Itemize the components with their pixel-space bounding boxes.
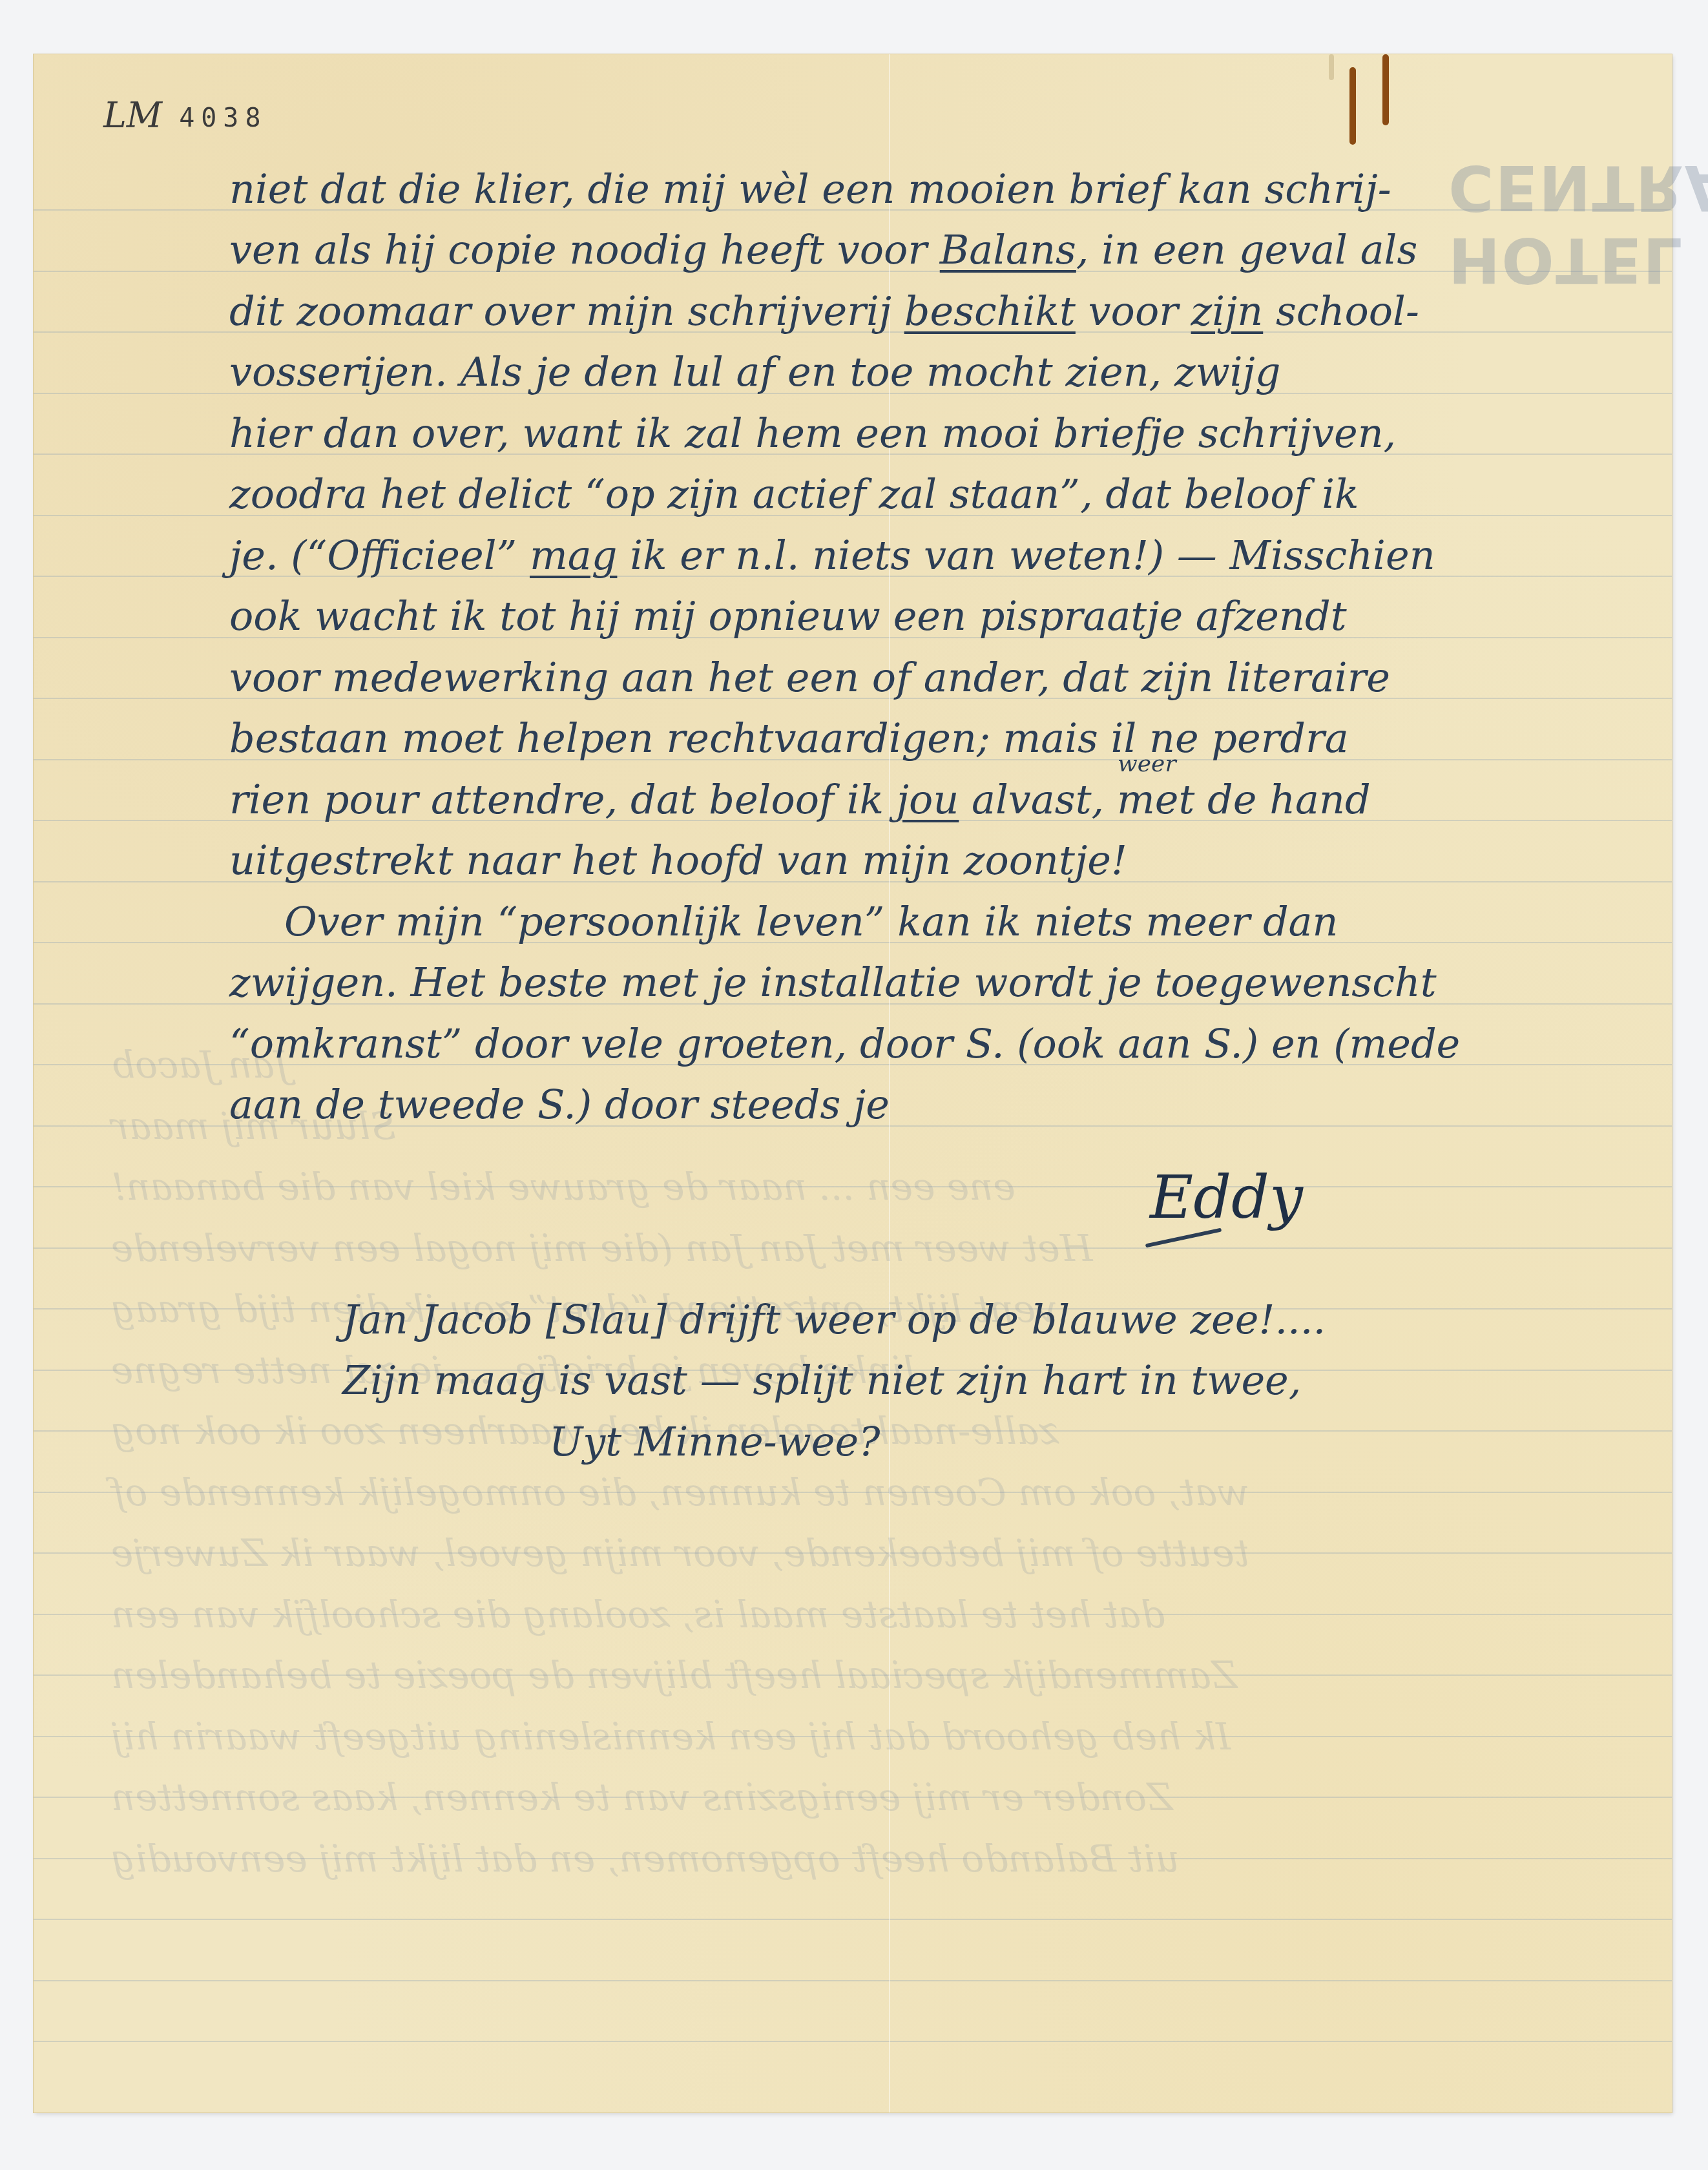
bleed-through-line: Het weer met Jan Jan (die mij nogal een … bbox=[111, 1226, 1092, 1270]
line-text: aan de tweede S.) door steeds je bbox=[229, 1081, 890, 1128]
line-text: ik er n.l. niets van weten!) — Misschien bbox=[617, 532, 1435, 579]
underlined-word: jou bbox=[897, 776, 959, 823]
ink-stain bbox=[1349, 67, 1356, 145]
line-text: “omkranst” door vele groeten, door S. (o… bbox=[229, 1020, 1460, 1067]
archive-number: 4038 bbox=[179, 103, 267, 133]
body-line-6: zoodra het delict “op zijn actief zal st… bbox=[229, 474, 1359, 514]
body-line-11: rien pour attendre, dat beloof ik jou al… bbox=[229, 780, 1371, 820]
body-line-7: je. (“Officieel” mag ik er n.l. niets va… bbox=[229, 536, 1435, 576]
body-line-5: hier dan over, want ik zal hem een mooi … bbox=[229, 413, 1396, 454]
underlined-word: mag bbox=[530, 532, 617, 579]
ruled-line bbox=[34, 2041, 1672, 2042]
archive-stamp: LM 4038 bbox=[103, 98, 267, 133]
line-text: rien pour attendre, dat beloof ik bbox=[229, 776, 897, 823]
line-text: zwijgen. Het beste met je installatie wo… bbox=[229, 959, 1437, 1006]
poem-line-1: Jan Jacob [Slau] drijft weer op de blauw… bbox=[342, 1300, 1326, 1340]
line-text: uitgestrekt naar het hoofd van mijn zoon… bbox=[229, 837, 1127, 884]
ink-stain bbox=[1329, 54, 1334, 80]
underlined-word: Balans bbox=[940, 226, 1076, 273]
body-line-13: Over mijn “persoonlijk leven” kan ik nie… bbox=[284, 902, 1338, 942]
body-line-15: “omkranst” door vele groeten, door S. (o… bbox=[229, 1024, 1460, 1064]
line-text: , in een geval als bbox=[1076, 226, 1417, 273]
bleed-through-line: Zammendijk speciaal heeft blijven de poe… bbox=[111, 1653, 1237, 1697]
bleed-through-line: wat, ook om Coenen te kunnen, die onmoge… bbox=[111, 1470, 1249, 1514]
ruled-line bbox=[34, 1919, 1672, 1920]
body-line-1: niet dat die klier, die mij wèl een mooi… bbox=[229, 169, 1391, 209]
ink-stain bbox=[1382, 54, 1389, 125]
bleed-through-line: Zonder er mij eenigszins van te kennen, … bbox=[111, 1775, 1172, 1819]
body-line-4: vosserijen. Als je den lul af en toe moc… bbox=[229, 352, 1280, 392]
underlined-word: beschikt bbox=[904, 287, 1076, 335]
bleed-through-line: uit Balando heeft opgenomen, en dat lijk… bbox=[111, 1837, 1180, 1881]
ruled-line bbox=[34, 1980, 1672, 1981]
letterhead-title: HOTEL CENTRAL bbox=[1448, 151, 1655, 296]
line-text: je. (“Officieel” bbox=[229, 532, 530, 579]
archive-logo-icon: LM bbox=[103, 98, 162, 133]
line-text: dit zoomaar over mijn schrijverij bbox=[229, 287, 904, 335]
line-text: school- bbox=[1263, 287, 1419, 335]
body-line-12: uitgestrekt naar het hoofd van mijn zoon… bbox=[229, 840, 1127, 881]
line-text: voor medewerking aan het een of ander, d… bbox=[229, 654, 1390, 701]
line-text: niet dat die klier, die mij wèl een mooi… bbox=[229, 165, 1391, 213]
body-line-3: dit zoomaar over mijn schrijverij beschi… bbox=[229, 291, 1419, 331]
body-line-14: zwijgen. Het beste met je installatie wo… bbox=[229, 963, 1437, 1003]
body-line-8: ook wacht ik tot hij mij opnieuw een pis… bbox=[229, 596, 1347, 636]
poem-line-2: Zijn maag is vast — splijt niet zijn har… bbox=[342, 1361, 1302, 1401]
body-line-2: ven als hij copie noodig heeft voor Bala… bbox=[229, 230, 1417, 270]
bleed-through-line: teutte of mij betoekende, voor mijn gevo… bbox=[111, 1531, 1249, 1575]
line-text: ook wacht ik tot hij mij opnieuw een pis… bbox=[229, 592, 1347, 640]
line-text: Over mijn “persoonlijk leven” kan ik nie… bbox=[284, 898, 1338, 945]
line-text: vosserijen. Als je den lul af en toe moc… bbox=[229, 348, 1280, 395]
underlined-word: zijn bbox=[1191, 287, 1264, 335]
bleed-through-line: Ik heb gehoord dat hij een kennislening … bbox=[111, 1715, 1231, 1758]
line-text: alvast, met de hand bbox=[959, 776, 1370, 823]
body-line-10: bestaan moet helpen rechtvaardigen; mais… bbox=[229, 718, 1349, 758]
bleed-through-line: ene een ... naar de grauwe kiel van die … bbox=[111, 1165, 1015, 1209]
body-line-9: voor medewerking aan het een of ander, d… bbox=[229, 658, 1390, 698]
line-text: ven als hij copie noodig heeft voor bbox=[229, 226, 940, 273]
signature: Eddy bbox=[1150, 1163, 1303, 1232]
line-text: bestaan moet helpen rechtvaardigen; mais… bbox=[229, 715, 1349, 762]
body-line-16: aan de tweede S.) door steeds je bbox=[229, 1085, 890, 1125]
line-text: voor bbox=[1076, 287, 1191, 335]
line-text: zoodra het delict “op zijn actief zal st… bbox=[229, 470, 1359, 517]
line-text: hier dan over, want ik zal hem een mooi … bbox=[229, 410, 1396, 457]
poem-line-3: Uyt Minne-wee? bbox=[549, 1422, 880, 1462]
faint-letterhead: HOTEL CENTRAL bbox=[1448, 151, 1655, 296]
inserted-word: weer bbox=[1118, 751, 1176, 777]
bleed-through-line: dat het te laatste maal is, zoolang die … bbox=[111, 1592, 1165, 1636]
